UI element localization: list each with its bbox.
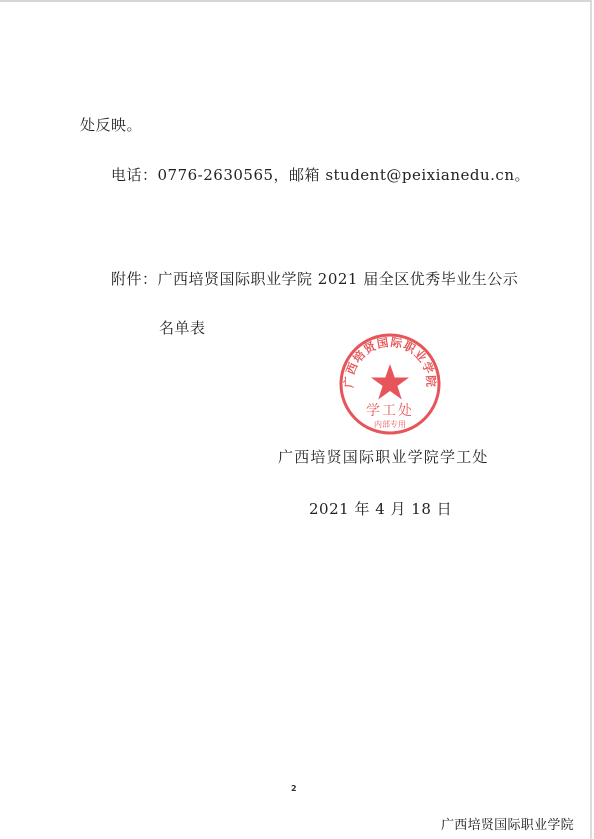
seal-arc-text: 广西培贤国际职业学院	[342, 335, 438, 388]
document-page: 处反映。 电话：0776-2630565，邮箱 student@peixiane…	[0, 0, 592, 839]
svg-text:广西培贤国际职业学院: 广西培贤国际职业学院	[342, 335, 438, 388]
star-icon	[371, 364, 409, 400]
signature-date: 2021 年 4 月 18 日	[309, 499, 594, 519]
seal-center-text: 学工处	[366, 402, 414, 419]
footer-brand: 广西培贤国际职业学院	[441, 814, 574, 833]
attachment-line: 附件：广西培贤国际职业学院 2021 届全区优秀毕业生公示	[111, 269, 594, 289]
page-number: 2	[291, 784, 297, 793]
seal-bottom-text: 内部专用	[374, 419, 406, 429]
official-seal: 广西培贤国际职业学院 学工处 内部专用	[338, 332, 442, 436]
body-line-continuation: 处反映。	[80, 115, 594, 135]
signature-organization: 广西培贤国际职业学院学工处	[278, 447, 594, 467]
attachment-line-continued: 名单表	[159, 318, 594, 338]
contact-line: 电话：0776-2630565，邮箱 student@peixianedu.cn…	[111, 165, 594, 185]
